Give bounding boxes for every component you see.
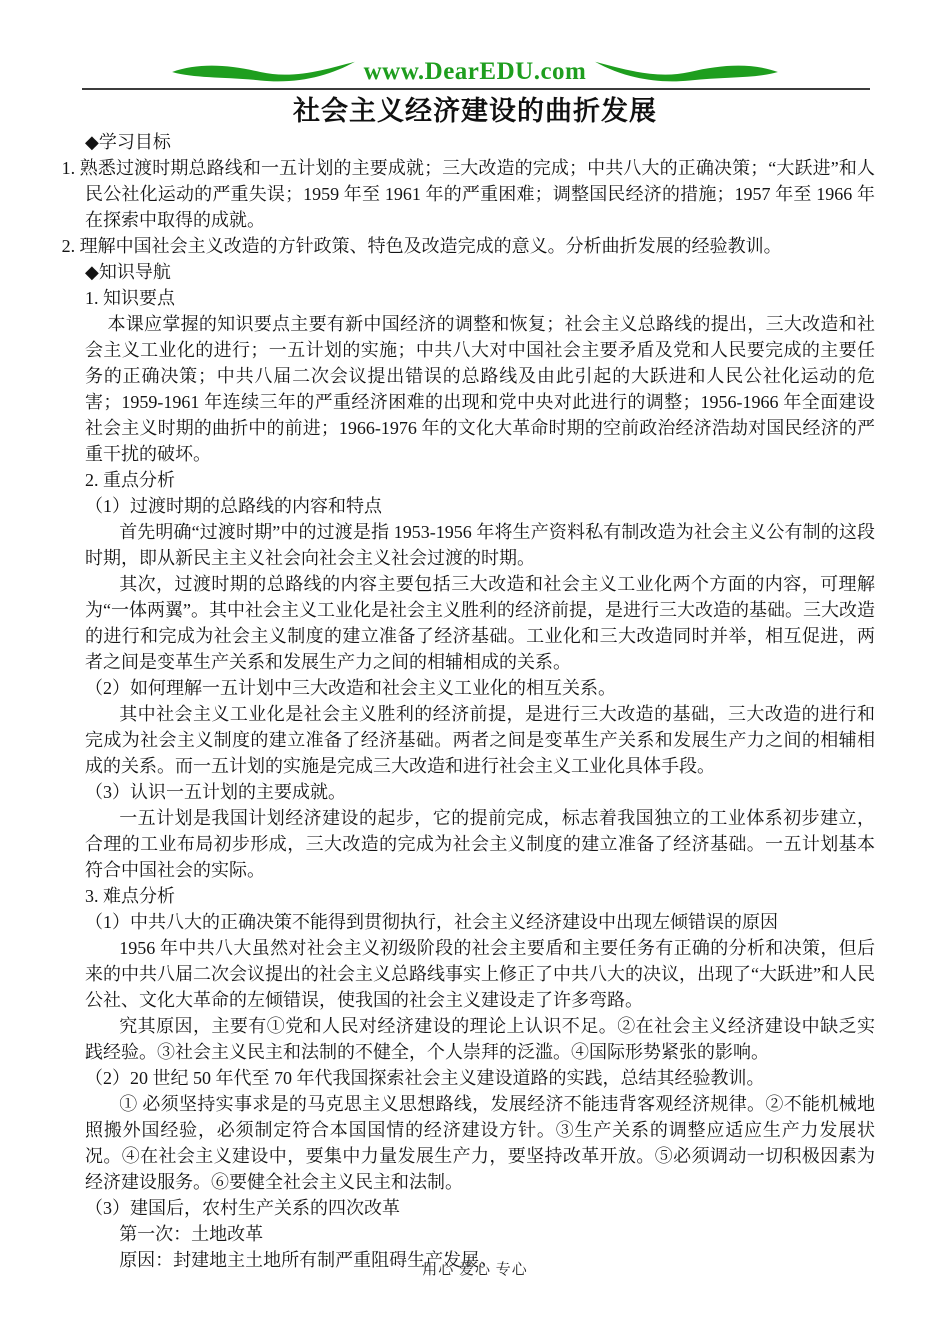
swoosh-left-icon: [170, 57, 358, 87]
paragraph: （2）如何理解一五计划中三大改造和社会主义工业化的相互关系。: [85, 675, 875, 701]
paragraph: 1. 知识要点: [85, 285, 875, 311]
paragraph: ◆学习目标: [85, 129, 875, 155]
paragraph: 第一次：土地改革: [85, 1221, 875, 1247]
logo-text: www.DearEDU.com: [364, 57, 587, 87]
paragraph: （1）中共八大的正确决策不能得到贯彻执行，社会主义经济建设中出现左倾错误的原因: [85, 909, 875, 935]
paragraph: 其次，过渡时期的总路线的内容主要包括三大改造和社会主义工业化两个方面的内容，可理…: [85, 571, 875, 675]
logo-banner: www.DearEDU.com: [0, 54, 950, 90]
swoosh-right-icon: [592, 57, 780, 87]
paragraph: 首先明确“过渡时期”中的过渡是指 1953-1956 年将生产资料私有制改造为社…: [85, 519, 875, 571]
paragraph: 2. 重点分析: [85, 467, 875, 493]
paragraph: （3）建国后，农村生产关系的四次改革: [85, 1195, 875, 1221]
paragraph: （2）20 世纪 50 年代至 70 年代我国探索社会主义建设道路的实践，总结其…: [85, 1065, 875, 1091]
page-footer: 用心 爱心 专心: [0, 1258, 950, 1279]
paragraph: 其中社会主义工业化是社会主义胜利的经济前提，是进行三大改造的基础，三大改造的进行…: [85, 701, 875, 779]
paragraph: ◆知识导航: [85, 259, 875, 285]
paragraph: 1. 熟悉过渡时期总路线和一五计划的主要成就；三大改造的完成；中共八大的正确决策…: [85, 155, 875, 233]
paragraph: 1956 年中共八大虽然对社会主义初级阶段的社会主要盾和主要任务有正确的分析和决…: [85, 935, 875, 1013]
paragraph: （3）认识一五计划的主要成就。: [85, 779, 875, 805]
paragraph: ① 必须坚持实事求是的马克思主义思想路线，发展经济不能违背客观经济规律。②不能机…: [85, 1091, 875, 1195]
paragraph: 3. 难点分析: [85, 883, 875, 909]
page-title: 社会主义经济建设的曲折发展: [0, 94, 950, 128]
header-divider: [82, 88, 870, 90]
paragraph: 究其原因，主要有①党和人民对经济建设的理论上认识不足。②在社会主义经济建设中缺乏…: [85, 1013, 875, 1065]
paragraph: （1）过渡时期的总路线的内容和特点: [85, 493, 875, 519]
paragraph: 本课应掌握的知识要点主要有新中国经济的调整和恢复；社会主义总路线的提出，三大改造…: [85, 311, 875, 467]
paragraph: 2. 理解中国社会主义改造的方针政策、特色及改造完成的意义。分析曲折发展的经验教…: [85, 233, 875, 259]
document-page: www.DearEDU.com 社会主义经济建设的曲折发展 ◆学习目标1. 熟悉…: [0, 0, 950, 1344]
paragraph: 一五计划是我国计划经济建设的起步，它的提前完成，标志着我国独立的工业体系初步建立…: [85, 805, 875, 883]
document-body: ◆学习目标1. 熟悉过渡时期总路线和一五计划的主要成就；三大改造的完成；中共八大…: [85, 129, 875, 1273]
